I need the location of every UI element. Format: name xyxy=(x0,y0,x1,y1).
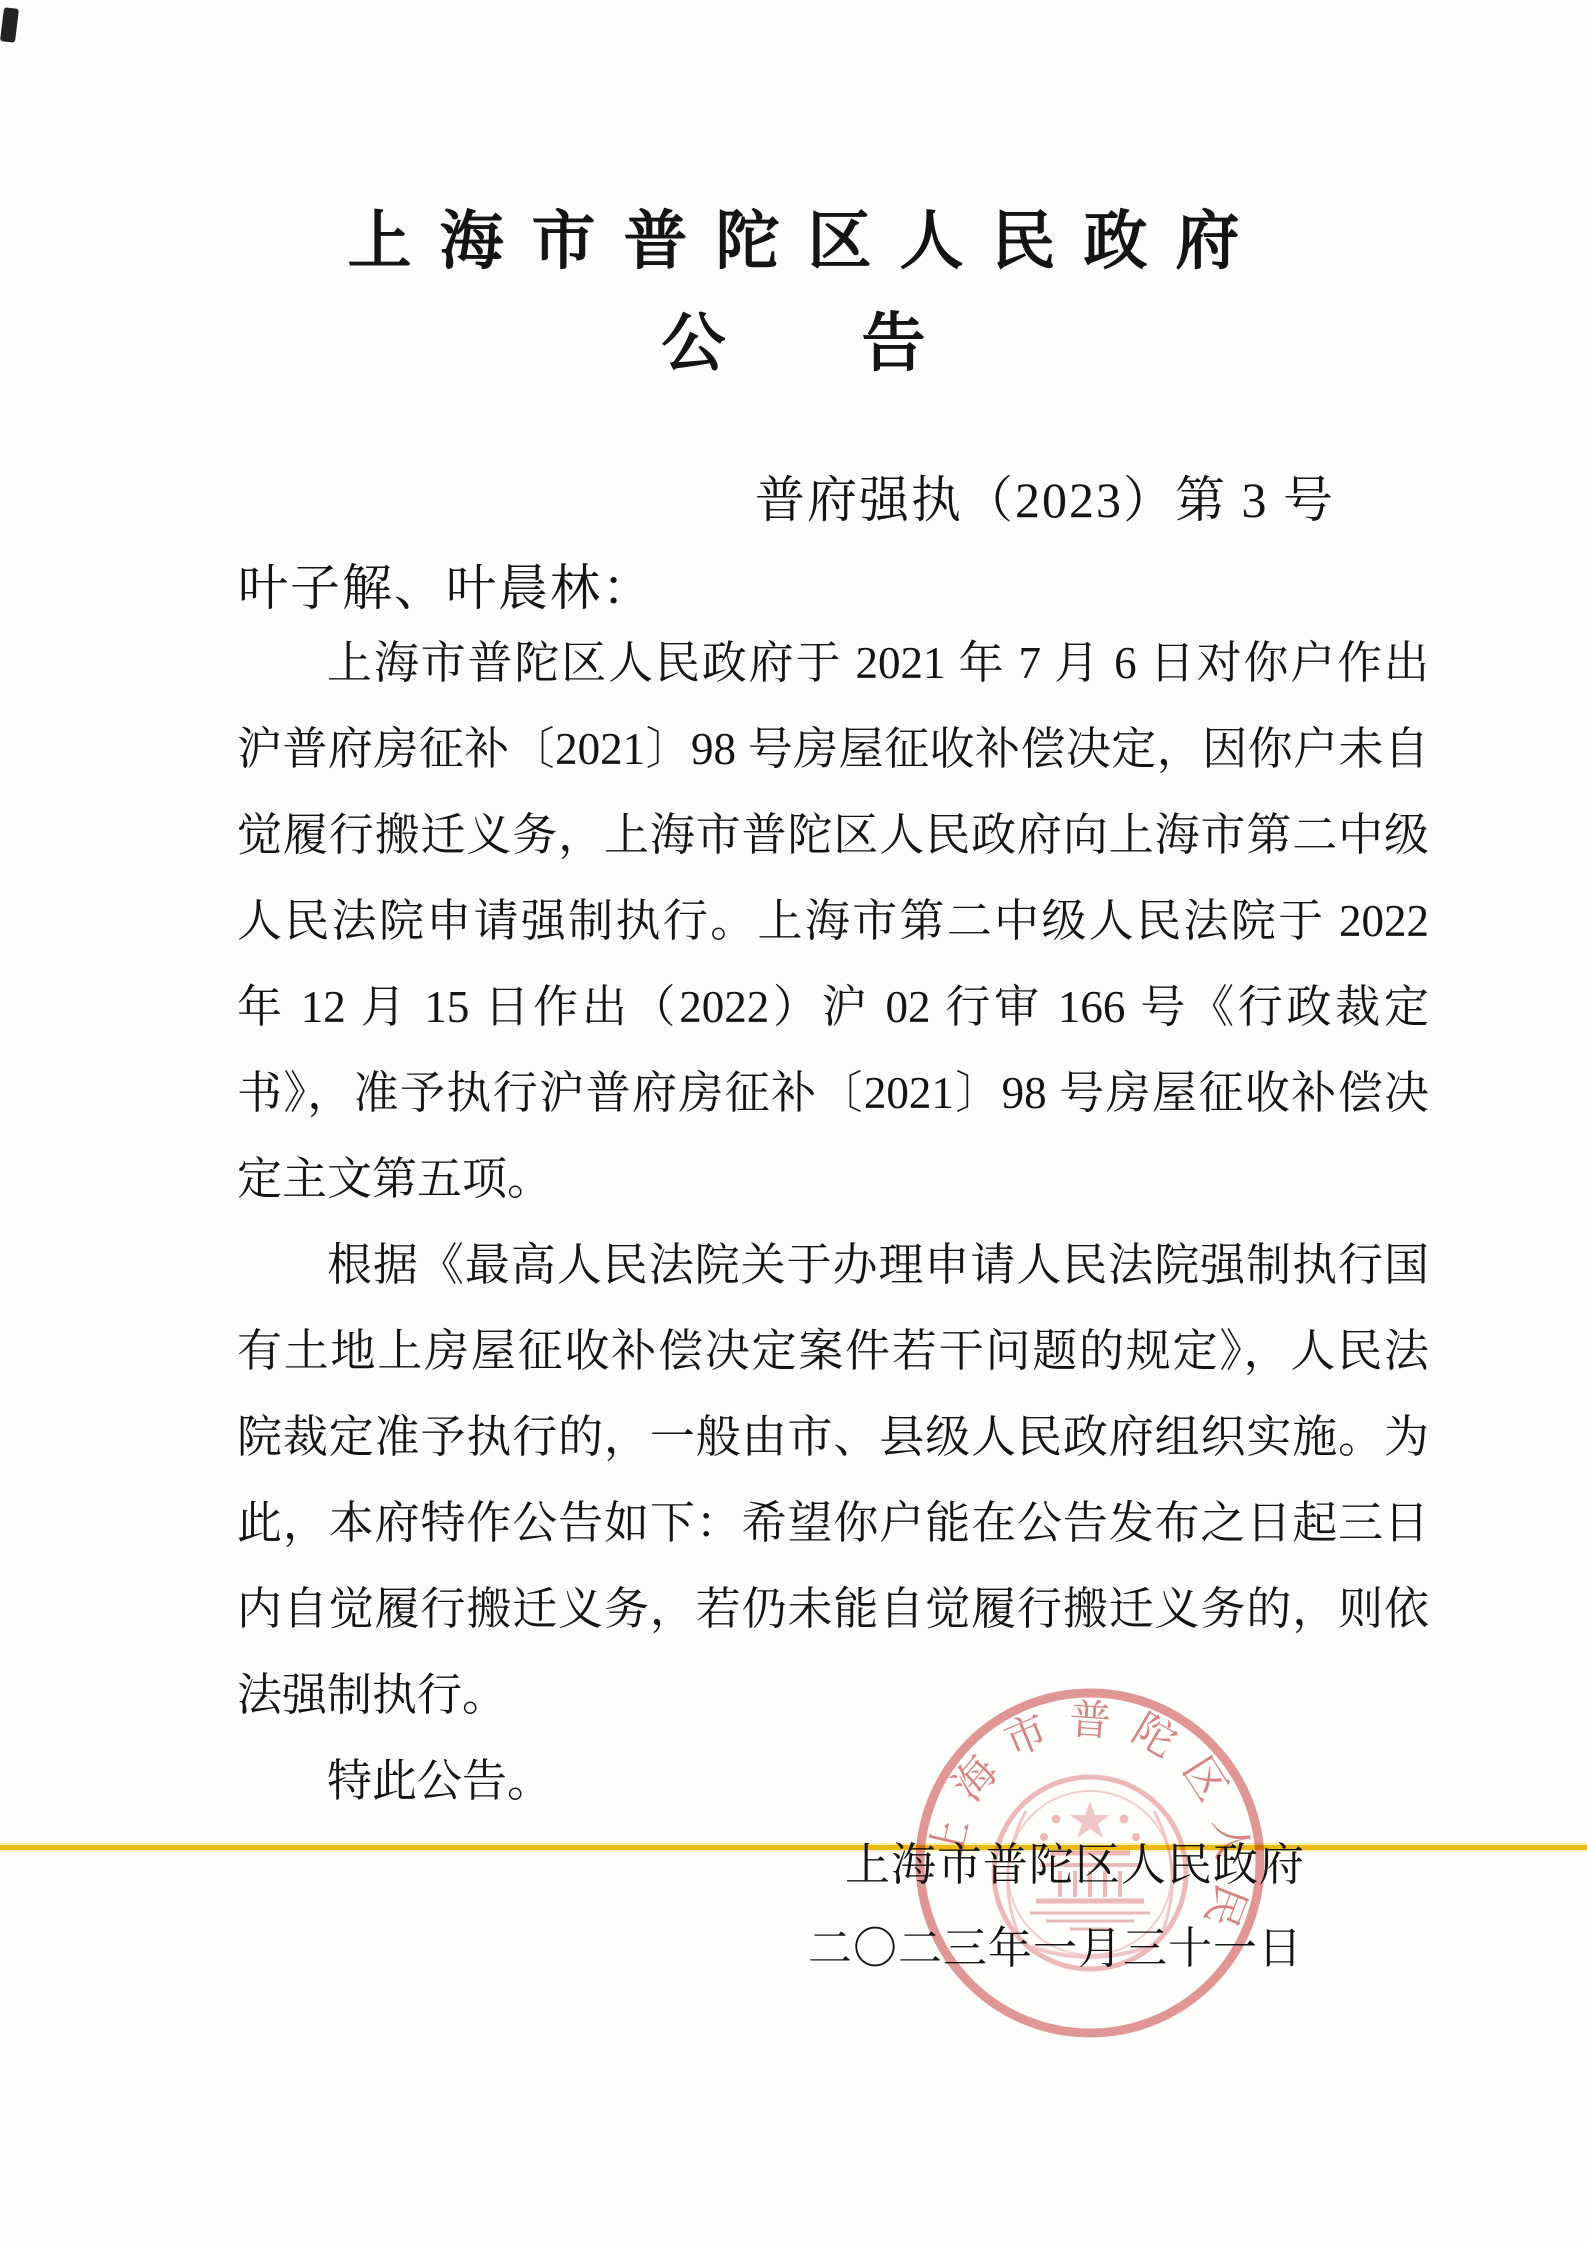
scan-artifact-speck xyxy=(0,7,19,43)
document-body: 上海市普陀区人民政府于 2021 年 7 月 6 日对你户作出沪普府房征补〔20… xyxy=(237,620,1429,1824)
body-paragraph-3: 特此公告。 xyxy=(237,1738,1429,1824)
addressee-line: 叶子解、叶晨林： xyxy=(238,548,654,620)
page-title-announcement: 公告 xyxy=(0,292,1587,384)
issue-date: 二〇二三年一月三十一日 xyxy=(808,1912,1303,1976)
scan-artifact-yellow-line xyxy=(0,1845,1587,1850)
body-paragraph-2: 根据《最高人民法院关于办理申请人民法院强制执行国有土地上房屋征收补偿决定案件若干… xyxy=(237,1222,1429,1738)
page-title: 上海市普陀区人民政府 xyxy=(0,190,1587,282)
scanned-announcement-page: 上海市普陀区人民政府 公告 普府强执（2023）第 3 号 叶子解、叶晨林： 上… xyxy=(0,0,1587,2243)
body-paragraph-1: 上海市普陀区人民政府于 2021 年 7 月 6 日对你户作出沪普府房征补〔20… xyxy=(237,620,1429,1222)
document-number: 普府强执（2023）第 3 号 xyxy=(755,460,1335,532)
issuer-signature: 上海市普陀区人民政府 xyxy=(845,1828,1305,1893)
